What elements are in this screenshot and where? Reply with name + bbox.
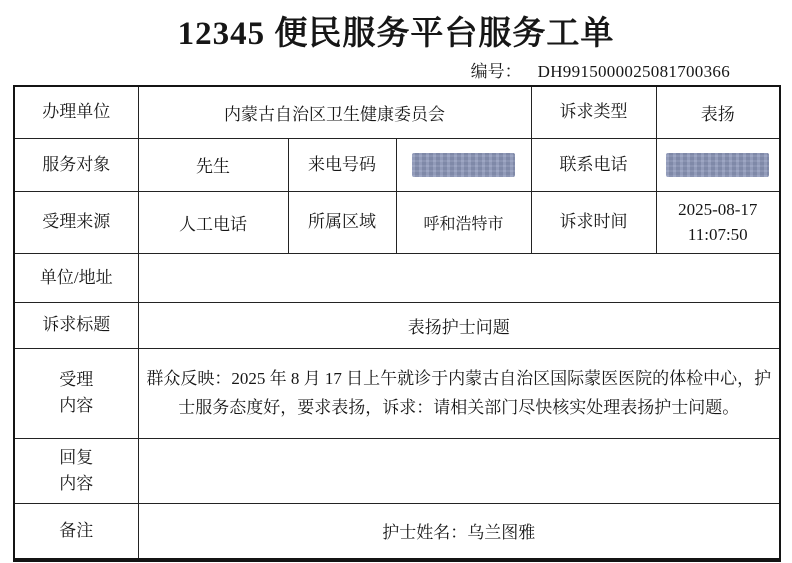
reply-content-value xyxy=(138,438,780,503)
acceptance-source-value: 人工电话 xyxy=(138,191,288,253)
page-title: 12345 便民服务平台服务工单 xyxy=(0,0,792,54)
contact-phone-value-cell xyxy=(656,138,780,191)
serial-number-line: 编号： DH9915000025081700366 xyxy=(0,57,792,82)
appeal-type-value: 表扬 xyxy=(656,86,780,138)
serial-number-label: 编号： xyxy=(471,57,522,82)
acceptance-content-label: 受理 内容 xyxy=(14,348,138,438)
region-label: 所属区域 xyxy=(288,191,396,253)
table-row: 回复 内容 xyxy=(14,438,780,503)
table-row: 受理 内容 群众反映：2025 年 8 月 17 日上午就诊于内蒙古自治区国际蒙… xyxy=(14,348,780,438)
table-row: 单位/地址 xyxy=(14,253,780,302)
handling-unit-label: 办理单位 xyxy=(14,86,138,138)
region-value: 呼和浩特市 xyxy=(396,191,531,253)
acceptance-content-value: 群众反映：2025 年 8 月 17 日上午就诊于内蒙古自治区国际蒙医医院的体检… xyxy=(138,348,780,438)
caller-number-label: 来电号码 xyxy=(288,138,396,191)
table-row: 服务对象 先生 来电号码 联系电话 xyxy=(14,138,780,191)
unit-address-label: 单位/地址 xyxy=(14,253,138,302)
appeal-title-label: 诉求标题 xyxy=(14,302,138,348)
worksheet-table: 办理单位 内蒙古自治区卫生健康委员会 诉求类型 表扬 服务对象 先生 来电号码 … xyxy=(13,85,781,562)
table-row: 办理单位 内蒙古自治区卫生健康委员会 诉求类型 表扬 xyxy=(14,86,780,138)
caller-number-redaction xyxy=(412,153,515,177)
contact-phone-redaction xyxy=(666,153,769,177)
service-target-label: 服务对象 xyxy=(14,138,138,191)
serial-number-value: DH9915000025081700366 xyxy=(538,62,730,82)
caller-number-value-cell xyxy=(396,138,531,191)
service-worksheet-document: 12345 便民服务平台服务工单 编号： DH99150000250817003… xyxy=(0,0,792,563)
table-row: 受理来源 人工电话 所属区域 呼和浩特市 诉求时间 2025-08-17 11:… xyxy=(14,191,780,253)
appeal-type-label: 诉求类型 xyxy=(531,86,656,138)
acceptance-source-label: 受理来源 xyxy=(14,191,138,253)
table-row: 诉求标题 表扬护士问题 xyxy=(14,302,780,348)
appeal-time-value: 2025-08-17 11:07:50 xyxy=(656,191,780,253)
remark-label: 备注 xyxy=(14,503,138,560)
remark-value: 护士姓名：乌兰图雅 xyxy=(138,503,780,560)
appeal-time-label: 诉求时间 xyxy=(531,191,656,253)
unit-address-value xyxy=(138,253,780,302)
table-row: 备注 护士姓名：乌兰图雅 xyxy=(14,503,780,560)
contact-phone-label: 联系电话 xyxy=(531,138,656,191)
handling-unit-value: 内蒙古自治区卫生健康委员会 xyxy=(138,86,531,138)
reply-content-label: 回复 内容 xyxy=(14,438,138,503)
appeal-title-value: 表扬护士问题 xyxy=(138,302,780,348)
service-target-value: 先生 xyxy=(138,138,288,191)
